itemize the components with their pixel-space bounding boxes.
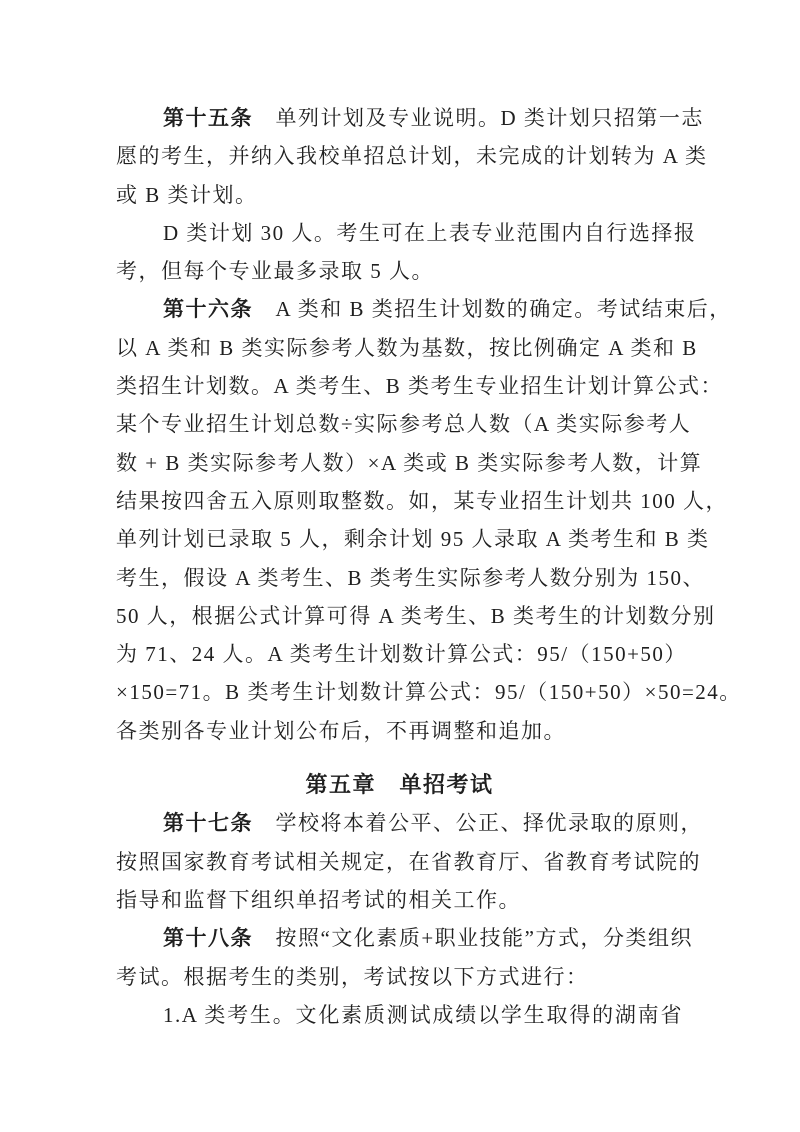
text-line: 单列计划已录取 5 人，剩余计划 95 人录取 A 类考生和 B 类 [116,520,683,558]
text-segment: 结果按四舍五入原则取整数。如，某专业招生计划共 100 人， [116,489,728,513]
text-line: 第十七条 学校将本着公平、公正、择优录取的原则， [116,804,683,842]
article-number: 第十五条 [163,106,253,130]
text-segment: 单列计划及专业说明。D 类计划只招第一志 [253,106,704,130]
text-segment: 愿的考生，并纳入我校单招总计划，未完成的计划转为 A 类 [116,144,708,168]
text-line: 第十六条 A 类和 B 类招生计划数的确定。考试结束后， [116,290,683,328]
text-line: D 类计划 30 人。考生可在上表专业范围内自行选择报 [116,214,683,252]
text-segment: 考生，假设 A 类考生、B 类考生实际参考人数分别为 150、 [116,566,705,590]
text-line: 数 + B 类实际参考人数）×A 类或 B 类实际参考人数，计算 [116,444,683,482]
article-number: 第十六条 [163,297,253,321]
text-segment: A 类和 B 类招生计划数的确定。考试结束后， [253,297,732,321]
text-segment: 指导和监督下组织单招考试的相关工作。 [116,888,521,912]
article-number: 第十七条 [163,811,253,835]
text-segment: 50 人，根据公式计算可得 A 类考生、B 类考生的计划数分别 [116,604,716,628]
text-line: 或 B 类计划。 [116,176,683,214]
text-line: 某个专业招生计划总数÷实际参考总人数（A 类实际参考人 [116,405,683,443]
text-line: 第十八条 按照“文化素质+职业技能”方式，分类组织 [116,919,683,957]
text-segment: ×150=71。B 类考生计划数计算公式：95/（150+50）×50=24。 [116,680,742,704]
text-line: 以 A 类和 B 类实际参考人数为基数，按比例确定 A 类和 B [116,329,683,367]
text-segment: 考，但每个专业最多录取 5 人。 [116,259,434,283]
text-segment: 类招生计划数。A 类考生、B 类考生专业招生计划计算公式： [116,374,723,398]
text-line: 按照国家教育考试相关规定，在省教育厅、省教育考试院的 [116,843,683,881]
text-segment: 单列计划已录取 5 人，剩余计划 95 人录取 A 类考生和 B 类 [116,527,710,551]
text-line: 考生，假设 A 类考生、B 类考生实际参考人数分别为 150、 [116,559,683,597]
text-line: 考，但每个专业最多录取 5 人。 [116,252,683,290]
chapter-heading-text: 第五章 单招考试 [305,772,493,797]
text-segment: 考试。根据考生的类别，考试按以下方式进行： [116,965,589,989]
text-segment: 1.A 类考生。文化素质测试成绩以学生取得的湖南省 [163,1003,683,1027]
text-segment: 学校将本着公平、公正、择优录取的原则， [253,811,703,835]
text-segment: 按照国家教育考试相关规定，在省教育厅、省教育考试院的 [116,850,701,874]
text-segment: 某个专业招生计划总数÷实际参考总人数（A 类实际参考人 [116,412,691,436]
text-line: 1.A 类考生。文化素质测试成绩以学生取得的湖南省 [116,996,683,1034]
text-block: 第十五条 单列计划及专业说明。D 类计划只招第一志愿的考生，并纳入我校单招总计划… [116,99,683,1034]
text-line: 愿的考生，并纳入我校单招总计划，未完成的计划转为 A 类 [116,137,683,175]
text-line: 第十五条 单列计划及专业说明。D 类计划只招第一志 [116,99,683,137]
text-line: 为 71、24 人。A 类考生计划数计算公式：95/（150+50） [116,635,683,673]
chapter-heading: 第五章 单招考试 [116,766,683,804]
text-segment: 或 B 类计划。 [116,183,258,207]
article-number: 第十八条 [163,926,253,950]
text-segment: 数 + B 类实际参考人数）×A 类或 B 类实际参考人数，计算 [116,451,702,475]
text-line: 各类别各专业计划公布后，不再调整和追加。 [116,712,683,750]
text-line: 考试。根据考生的类别，考试按以下方式进行： [116,958,683,996]
text-segment: 各类别各专业计划公布后，不再调整和追加。 [116,719,566,743]
text-line: 50 人，根据公式计算可得 A 类考生、B 类考生的计划数分别 [116,597,683,635]
document-page: 第十五条 单列计划及专业说明。D 类计划只招第一志愿的考生，并纳入我校单招总计划… [0,0,800,1132]
text-line: 指导和监督下组织单招考试的相关工作。 [116,881,683,919]
text-segment: 按照“文化素质+职业技能”方式，分类组织 [253,926,693,950]
text-segment: 为 71、24 人。A 类考生计划数计算公式：95/（150+50） [116,642,687,666]
text-line: 类招生计划数。A 类考生、B 类考生专业招生计划计算公式： [116,367,683,405]
text-line: 结果按四舍五入原则取整数。如，某专业招生计划共 100 人， [116,482,683,520]
text-segment: D 类计划 30 人。考生可在上表专业范围内自行选择报 [163,221,696,245]
text-segment: 以 A 类和 B 类实际参考人数为基数，按比例确定 A 类和 B [116,336,698,360]
text-line: ×150=71。B 类考生计划数计算公式：95/（150+50）×50=24。 [116,673,683,711]
